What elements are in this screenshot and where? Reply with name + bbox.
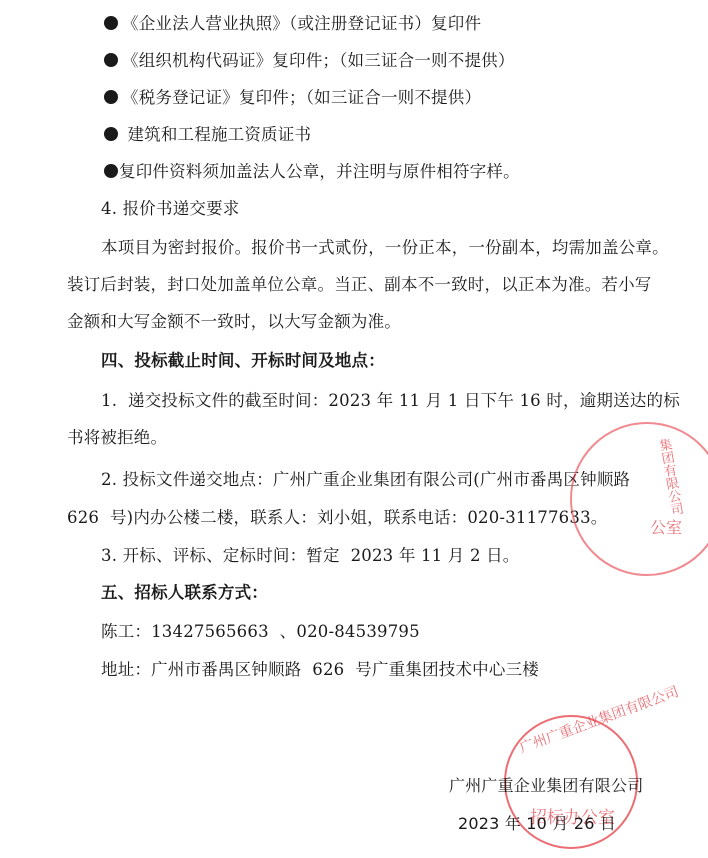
contact-address: 地址：广州市番禺区钟顺路 626 号广重集团技术中心三楼 (101, 659, 539, 681)
signature-date: 2023 年 10 月 26 日 (458, 813, 616, 835)
bullet-icon (104, 127, 118, 141)
seal-stamp-right-text: 集团有限公司 (653, 437, 685, 517)
paragraph-line: 金额和大写金额不一致时，以大写金额为准。 (67, 311, 401, 333)
bullet-item: 复印件资料须加盖法人公章，并注明与原件相符字样。 (104, 161, 520, 183)
seal-stamp-right-sub: 公室 (650, 515, 682, 538)
item-1-line: 书将被拒绝。 (67, 427, 167, 449)
bullet-item: 建筑和工程施工资质证书 (104, 124, 311, 146)
item-2-line: 626 号)内办公楼二楼，联系人：刘小姐，联系电话：020-31177633。 (67, 507, 607, 529)
bullet-icon (104, 164, 118, 178)
bullet-item: 《税务登记证》复印件；（如三证合一则不提供） (104, 87, 481, 109)
bullet-text: 建筑和工程施工资质证书 (122, 125, 311, 144)
seal-stamp-right-edge (570, 422, 708, 576)
contact-phone: 陈工：13427565663 、020-84539795 (101, 621, 420, 643)
section-heading: 4. 报价书递交要求 (101, 198, 240, 220)
heading-deadline: 四、投标截止时间、开标时间及地点： (101, 350, 385, 372)
bullet-item: 《企业法人营业执照》（或注册登记证书）复印件 (104, 13, 481, 35)
bullet-icon (104, 90, 118, 104)
paragraph-line: 本项目为密封报价。报价书一式贰份，一份正本，一份副本，均需加盖公章。 (101, 237, 669, 259)
signature-company: 广州广重企业集团有限公司 (449, 775, 643, 797)
bullet-icon (104, 16, 118, 30)
bullet-text: 《企业法人营业执照》（或注册登记证书）复印件 (122, 14, 481, 33)
bullet-text: 复印件资料须加盖法人公章，并注明与原件相符字样。 (119, 162, 520, 181)
item-1-line: 1. 递交投标文件的截至时间：2023 年 11 月 1 日下午 16 时，逾期… (101, 390, 680, 412)
paragraph-line: 装订后封装，封口处加盖单位公章。当正、副本不一致时，以正本为准。若小写 (67, 274, 652, 296)
bullet-text: 《组织机构代码证》复印件；（如三证合一则不提供） (122, 51, 515, 70)
bullet-item: 《组织机构代码证》复印件；（如三证合一则不提供） (104, 50, 515, 72)
item-3-line: 3. 开标、评标、定标时间：暂定 2023 年 11 月 2 日。 (101, 545, 520, 567)
bullet-text: 《税务登记证》复印件；（如三证合一则不提供） (122, 88, 481, 107)
bullet-icon (104, 53, 118, 67)
seal-stamp-bottom-ring: 广州广重企业集团有限公司 (517, 681, 682, 757)
item-2-line: 2. 投标文件递交地点：广州广重企业集团有限公司(广州市番禺区钟顺路 (101, 469, 630, 491)
heading-contact: 五、招标人联系方式： (101, 582, 268, 604)
